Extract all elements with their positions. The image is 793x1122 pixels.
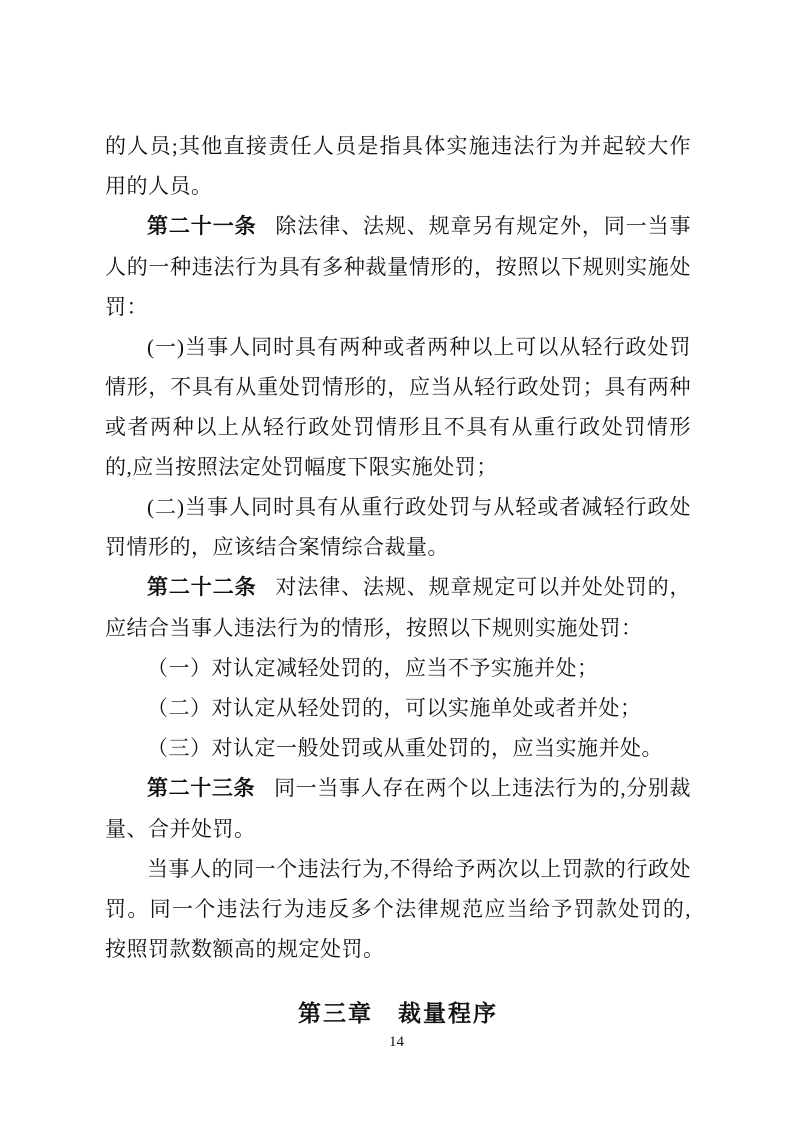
article-number: 第二十二条 (147, 576, 256, 599)
para-article-21-item-2: (二)当事人同时具有从重行政处罚与从轻或者减轻行政处罚情形的，应该结合案情综合裁… (105, 487, 691, 567)
paragraph-text: （三）对认定一般处罚或从重处罚的，应当实施并处。 (147, 736, 663, 760)
paragraph-text: （二）对认定从轻处罚的，可以实施单处或者并处； (147, 696, 642, 720)
para-article-21: 第二十一条除法律、法规、规章另有规定外，同一当事人的一种违法行为具有多种裁量情形… (105, 206, 691, 327)
paragraph-text: （一）对认定减轻处罚的，应当不予实施并处； (147, 656, 599, 680)
para-article-22-item-2: （二）对认定从轻处罚的，可以实施单处或者并处； (105, 688, 691, 728)
article-number: 第二十三条 (147, 777, 255, 800)
article-number: 第二十一条 (147, 215, 256, 238)
para-article-22: 第二十二条对法律、法规、规章规定可以并处处罚的，应结合当事人违法行为的情形，按照… (105, 567, 691, 648)
para-article-22-item-1: （一）对认定减轻处罚的，应当不予实施并处； (105, 648, 691, 688)
para-article-23-para-2: 当事人的同一个违法行为,不得给予两次以上罚款的行政处罚。同一个违法行为违反多个法… (105, 849, 691, 969)
text-block: 的人员;其他直接责任人员是指具体实施违法行为并起较大作用的人员。 第二十一条除法… (105, 126, 691, 1033)
para-article-23: 第二十三条同一当事人存在两个以上违法行为的,分别裁量、合并处罚。 (105, 768, 691, 849)
para-article-22-item-3: （三）对认定一般处罚或从重处罚的，应当实施并处。 (105, 728, 691, 768)
para-continuation: 的人员;其他直接责任人员是指具体实施违法行为并起较大作用的人员。 (105, 126, 691, 206)
page-number: 14 (0, 1031, 793, 1053)
document-page: 的人员;其他直接责任人员是指具体实施违法行为并起较大作用的人员。 第二十一条除法… (0, 0, 793, 1122)
paragraph-text: (二)当事人同时具有从重行政处罚与从轻或者减轻行政处罚情形的，应该结合案情综合裁… (105, 495, 691, 559)
paragraph-text: 的人员;其他直接责任人员是指具体实施违法行为并起较大作用的人员。 (105, 134, 691, 198)
para-article-21-item-1: (一)当事人同时具有两种或者两种以上可以从轻行政处罚情形，不具有从重处罚情形的，… (105, 327, 691, 487)
chapter-heading: 第三章 裁量程序 (105, 993, 691, 1033)
paragraph-text: (一)当事人同时具有两种或者两种以上可以从轻行政处罚情形，不具有从重处罚情形的，… (105, 335, 691, 479)
paragraph-text: 当事人的同一个违法行为,不得给予两次以上罚款的行政处罚。同一个违法行为违反多个法… (105, 857, 691, 961)
